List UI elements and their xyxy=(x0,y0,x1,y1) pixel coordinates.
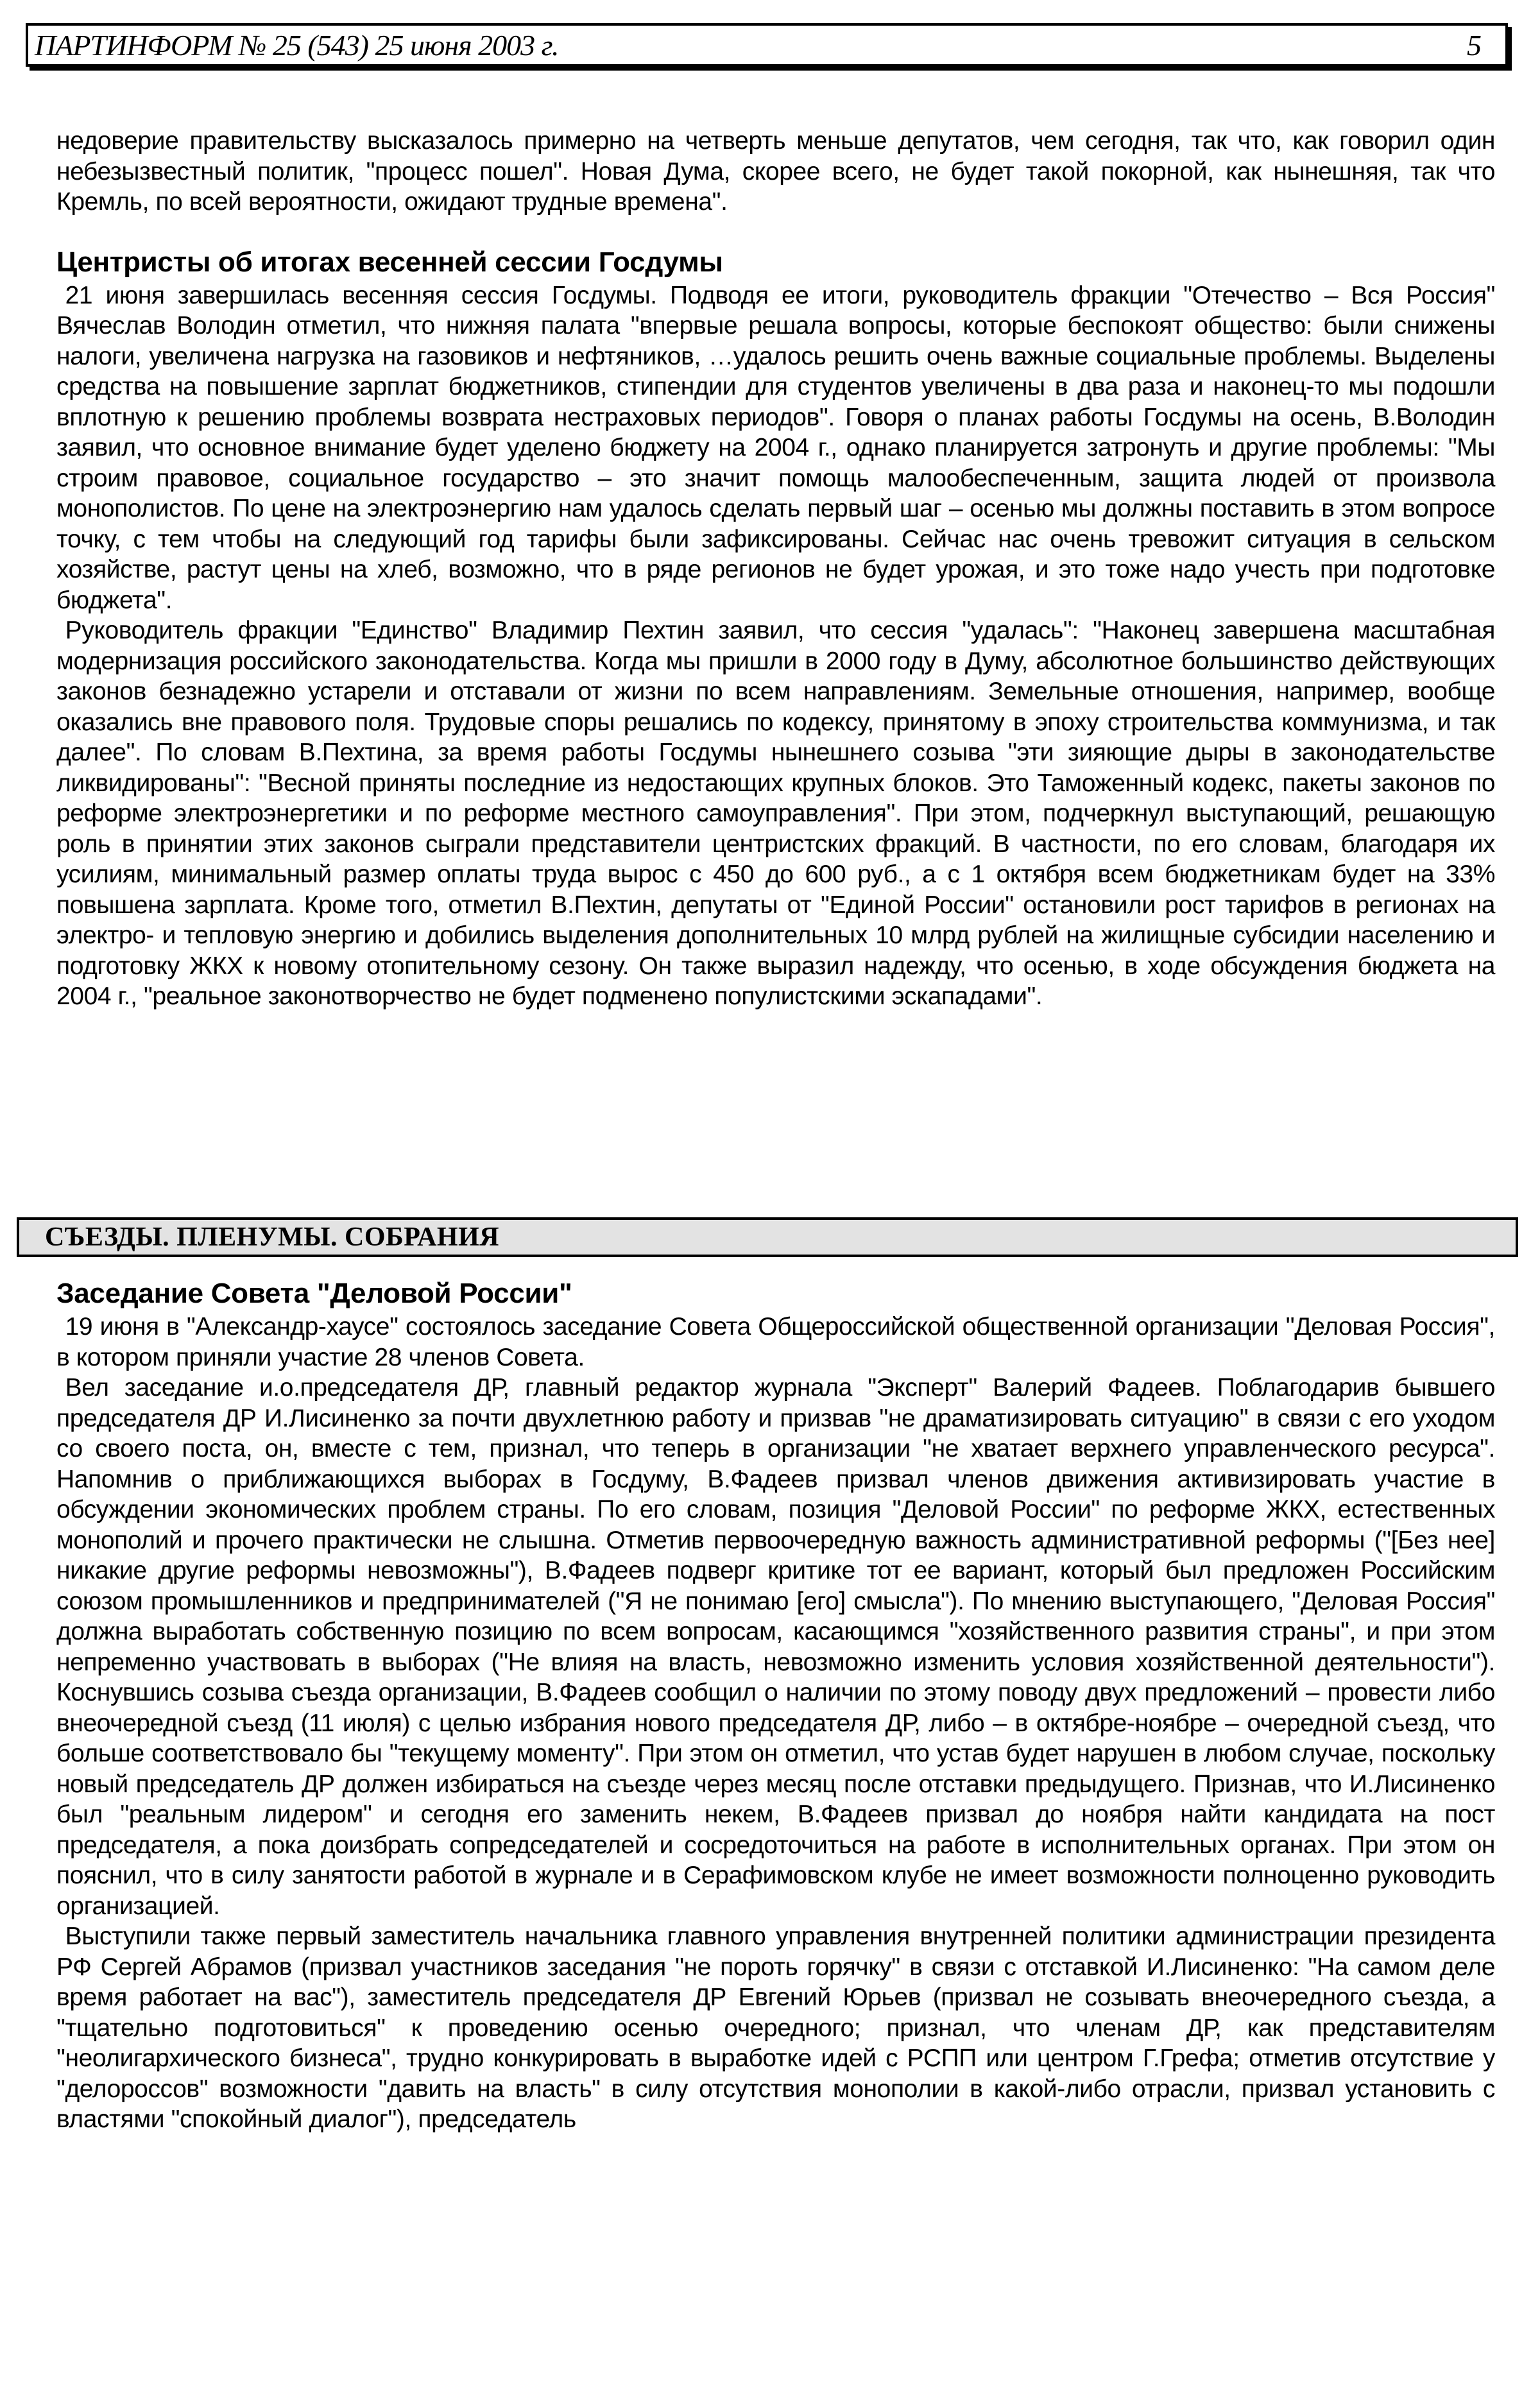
page-header: ПАРТИНФОРМ № 25 (543) 25 июня 2003 г. 5 xyxy=(26,23,1508,67)
article-column-top: недоверие правительству высказалось прим… xyxy=(56,126,1495,1012)
article-paragraph: Выступили также первый заместитель начал… xyxy=(56,1921,1495,2135)
section-heading-bar: СЪЕЗДЫ. ПЛЕНУМЫ. СОБРАНИЯ xyxy=(17,1217,1518,1257)
publication-title: ПАРТИНФОРМ № 25 (543) 25 июня 2003 г. xyxy=(35,28,558,62)
article-paragraph: 19 июня в "Александр-хаусе" состоялось з… xyxy=(56,1312,1495,1373)
article-paragraph: Вел заседание и.о.председателя ДР, главн… xyxy=(56,1373,1495,1921)
section-title: СЪЕЗДЫ. ПЛЕНУМЫ. СОБРАНИЯ xyxy=(45,1222,499,1253)
article-title-business-russia: Заседание Совета "Деловой России" xyxy=(56,1277,1495,1310)
article-title-centrists: Центристы об итогах весенней сессии Госд… xyxy=(56,246,1495,279)
article-paragraph: Руководитель фракции "Единство" Владимир… xyxy=(56,615,1495,1012)
article-column-bottom: Заседание Совета "Деловой России" 19 июн… xyxy=(56,1277,1495,2135)
page-number: 5 xyxy=(1467,28,1493,62)
article-paragraph: 21 июня завершилась весенняя сессия Госд… xyxy=(56,280,1495,616)
intro-paragraph: недоверие правительству высказалось прим… xyxy=(56,126,1495,218)
